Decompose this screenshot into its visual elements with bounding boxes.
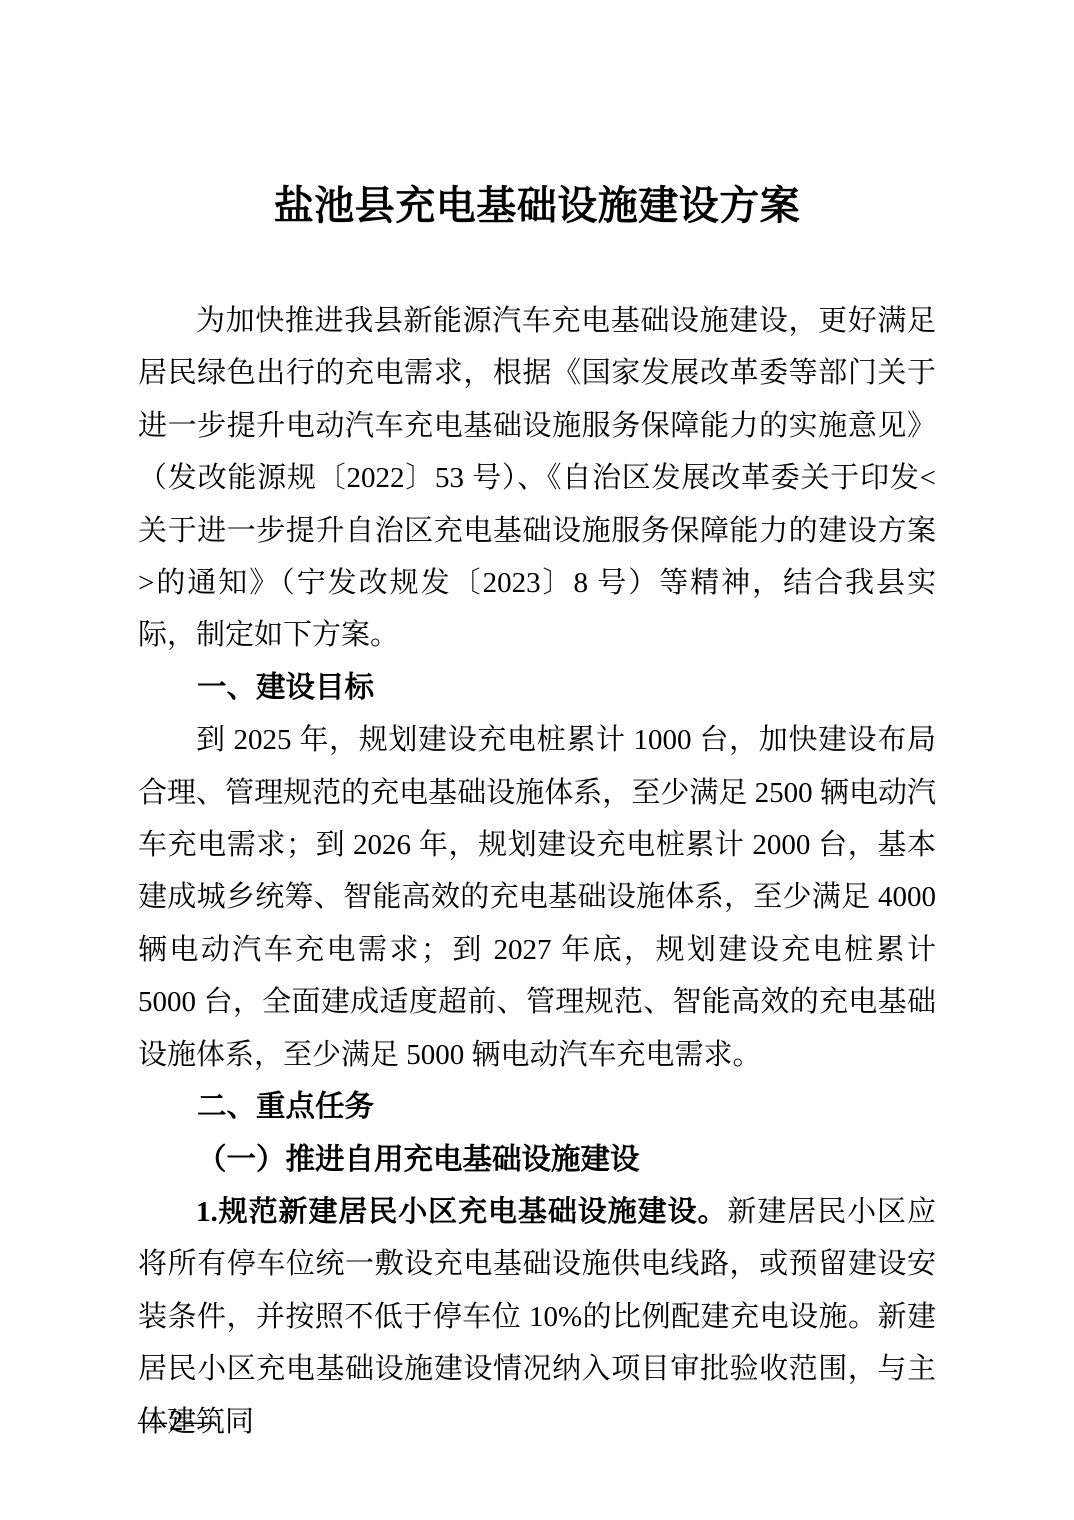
subsection-2-1-heading: （一）推进自用充电基础设施建设 [138, 1134, 936, 1186]
document-page: 盐池县充电基础设施建设方案 为加快推进我县新能源汽车充电基础设施建设，更好满足居… [0, 0, 1074, 1520]
task-1-paragraph: 1.规范新建居民小区充电基础设施建设。新建居民小区应将所有停车位统一敷设充电基础… [138, 1186, 936, 1448]
task-1-body: 新建居民小区应将所有停车位统一敷设充电基础设施供电线路，或预留建设安装条件，并按… [138, 1196, 936, 1438]
task-1-lead: 1.规范新建居民小区充电基础设施建设。 [196, 1196, 727, 1228]
section-2-heading: 二、重点任务 [138, 1081, 936, 1133]
page-number: —2— [138, 1404, 217, 1438]
section-1-heading: 一、建设目标 [138, 662, 936, 714]
document-content: 盐池县充电基础设施建设方案 为加快推进我县新能源汽车充电基础设施建设，更好满足居… [138, 0, 936, 1448]
document-title: 盐池县充电基础设施建设方案 [138, 181, 936, 231]
section-1-paragraph: 到 2025 年，规划建设充电桩累计 1000 台，加快建设布局合理、管理规范的… [138, 714, 936, 1081]
intro-paragraph: 为加快推进我县新能源汽车充电基础设施建设，更好满足居民绿色出行的充电需求，根据《… [138, 295, 936, 662]
